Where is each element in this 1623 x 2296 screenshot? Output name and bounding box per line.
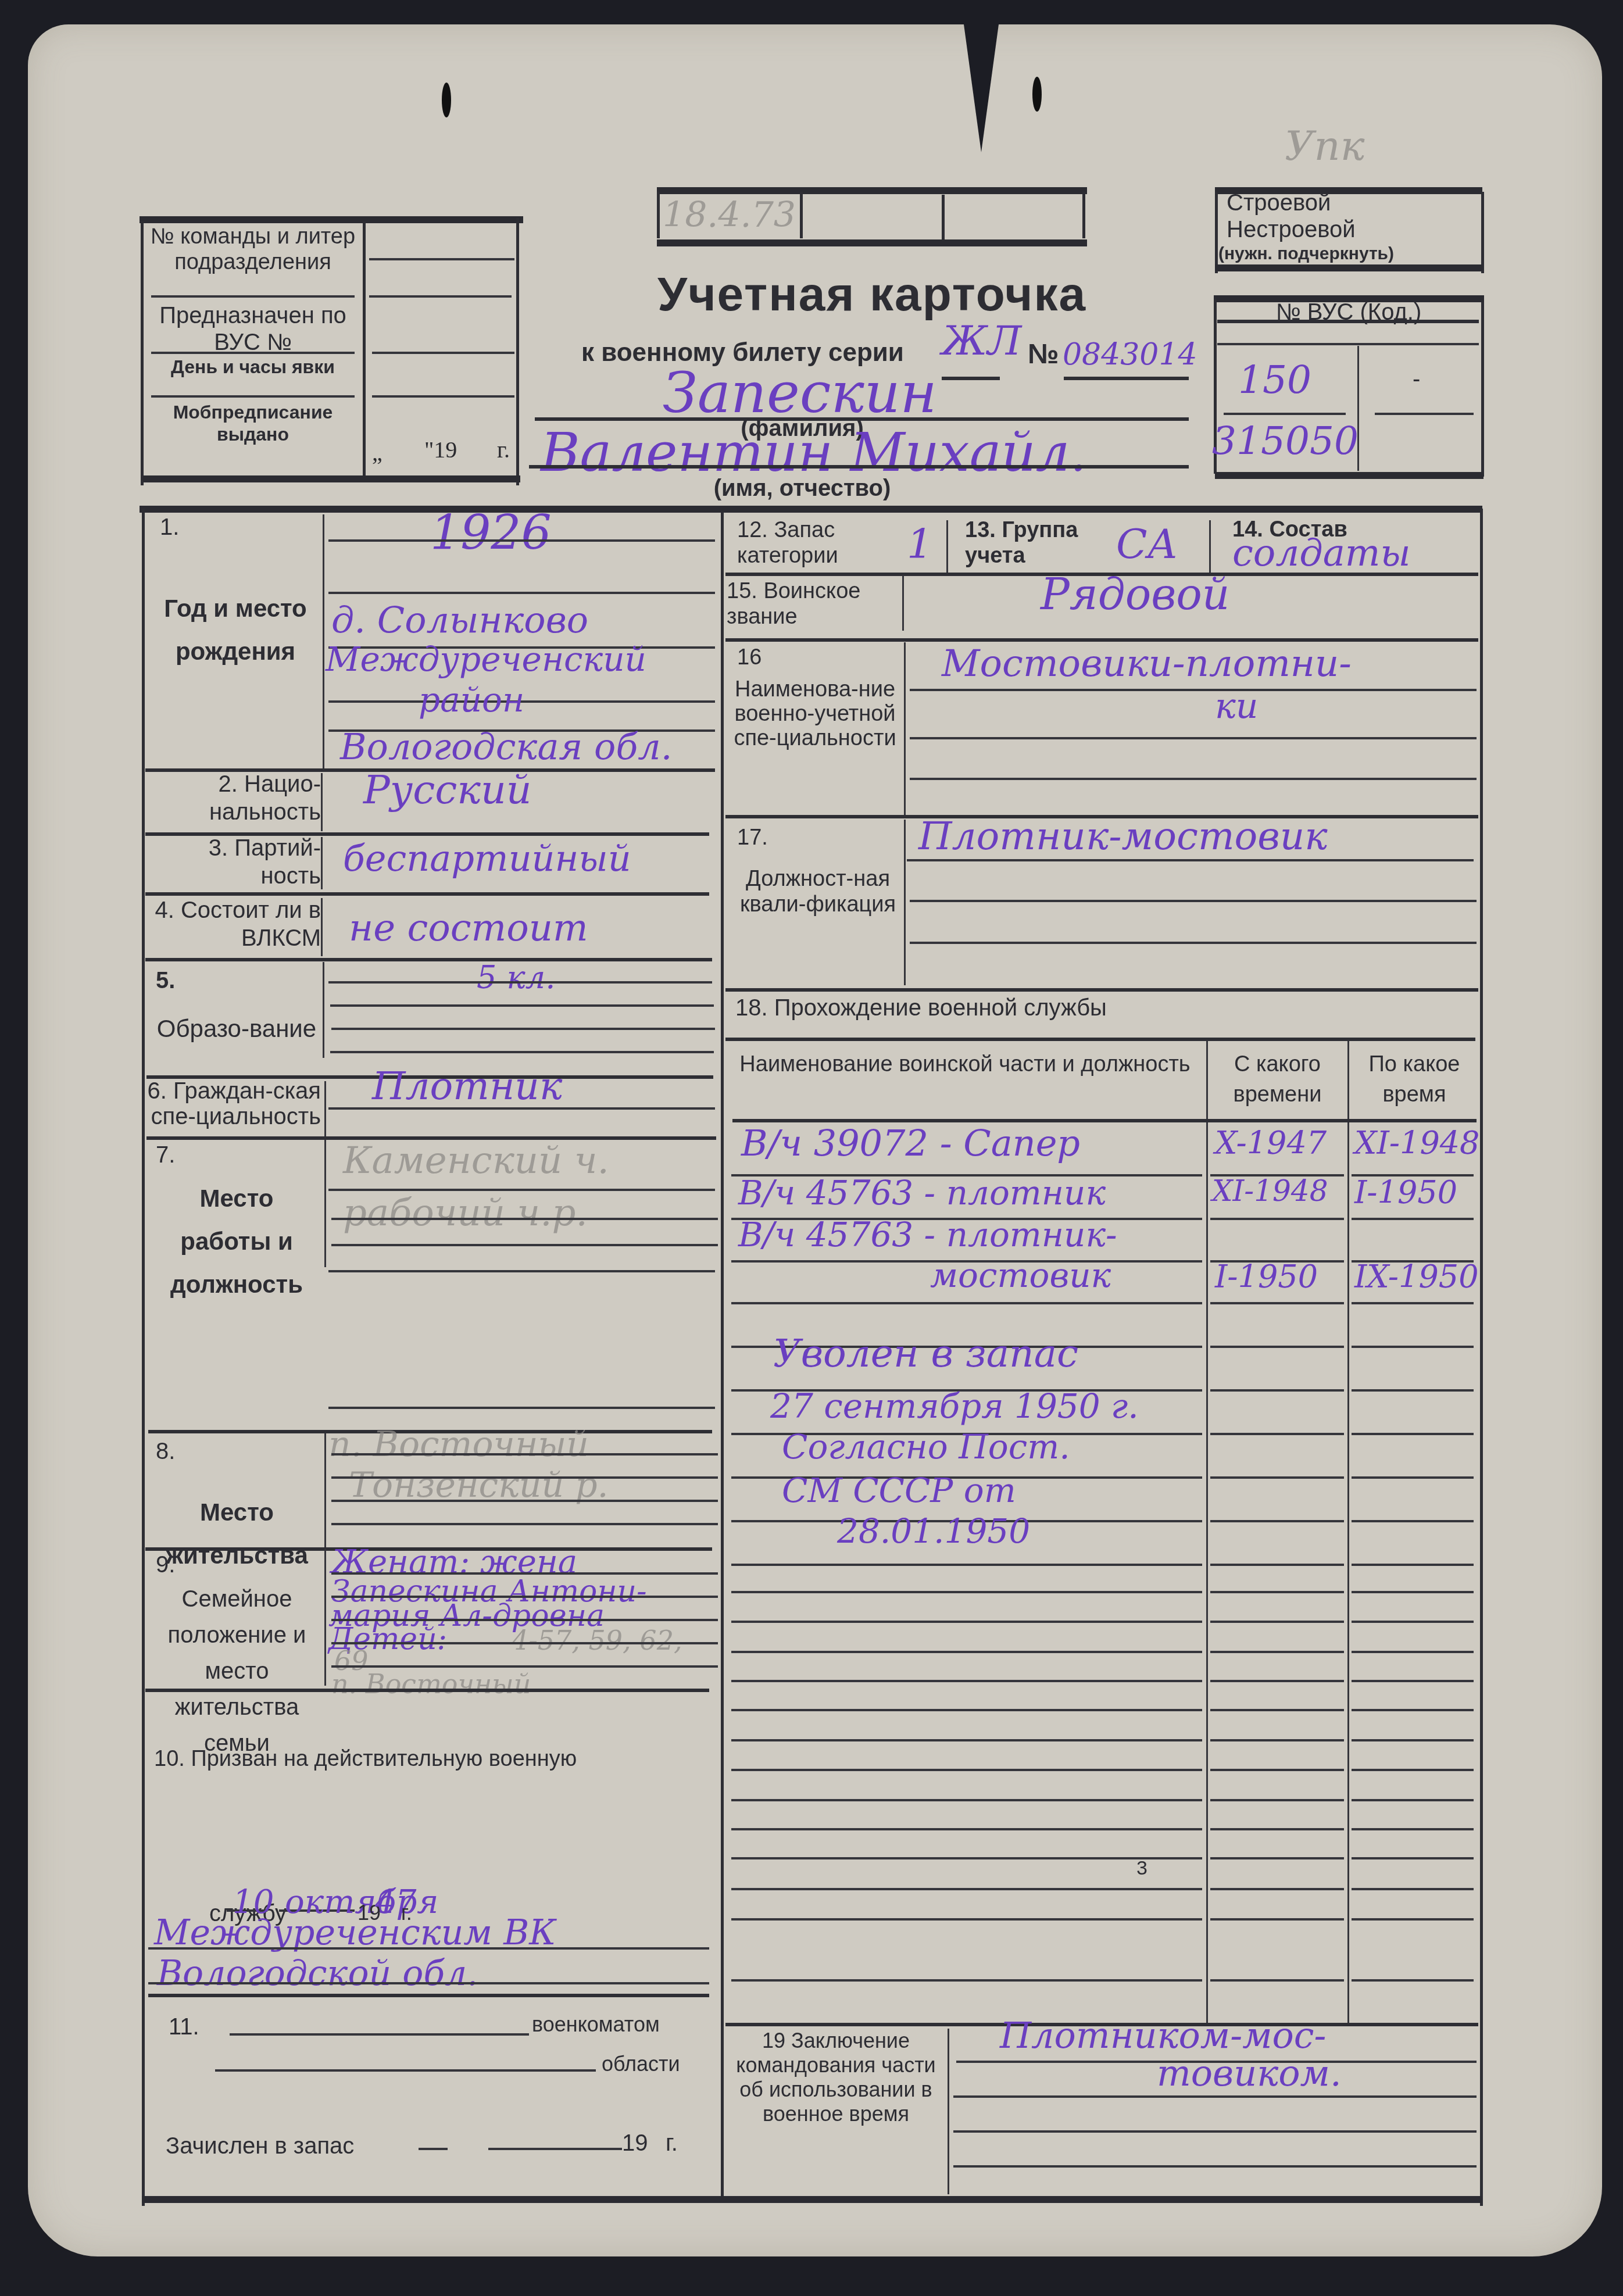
f1-num: 1. [160, 514, 179, 541]
party-membership: беспартийный [343, 837, 631, 879]
label-mob-order: Мобпредписание выдано [145, 401, 360, 445]
civil-specialty: Плотник [372, 1064, 562, 1108]
f7-num: 7. [156, 1142, 175, 1168]
f2-label: 2. Нацио-нальность [152, 770, 321, 826]
service-noncombat: Нестроевой [1227, 216, 1356, 243]
service-row-1-unit: В/ч 39072 - Сапер [741, 1122, 1080, 1164]
paper-notch [964, 24, 999, 152]
service-combat: Строевой [1227, 189, 1331, 216]
service-row-4-unit: мостовик [930, 1256, 1111, 1295]
f13-label: 13. Группа учета [965, 517, 1087, 568]
f1-label: Год и место рождения [151, 587, 320, 673]
voenkomat-label: военкоматом [532, 2012, 660, 2037]
f17-label: Должност-ная квали-фикация [734, 866, 902, 917]
children-years: 4-57, 59, 62, [512, 1625, 682, 1656]
service-row-1-from: X-1947 [1215, 1125, 1327, 1161]
corner-note: Упк [1285, 122, 1364, 170]
service-hint: (нужн. подчеркнуть) [1218, 244, 1394, 264]
registration-group: СА [1116, 520, 1178, 568]
vus-code: 150 [1238, 357, 1311, 402]
conscription-office-line-2: Вологодской обл. [157, 1953, 478, 1994]
mob-date-suffix: г. [497, 436, 510, 463]
service-row-4-from: I-1950 [1215, 1258, 1318, 1295]
birth-place-line-2: Междуреченский [326, 639, 646, 679]
mob-date-year: "19 [424, 436, 457, 463]
command-conclusion-line-1: Плотником-мос- [1000, 2014, 1327, 2057]
birth-place-line-1: д. Солынково [331, 599, 588, 641]
col-from-header: С какого времени [1209, 1049, 1346, 1110]
f7-label: Место работы и должность [152, 1177, 321, 1306]
education: 5 кл. [477, 959, 555, 996]
service-row-2-unit: В/ч 45763 - плотник [738, 1173, 1106, 1213]
name-patronymic: Валентин Михайл. [541, 421, 1087, 484]
qualification: Плотник-мостовик [918, 814, 1328, 859]
ticket-series: ЖЛ [942, 317, 1021, 364]
workplace-line-1: Каменский ч. [343, 1139, 609, 1182]
composition: солдаты [1232, 532, 1411, 575]
stray-mark: 3 [1136, 1857, 1147, 1880]
f5-label: Образо-вание [152, 1008, 321, 1049]
birth-place-line-4: Вологодская обл. [340, 725, 672, 768]
reserve-suffix: г. [666, 2130, 678, 2156]
f5-num: 5. [156, 968, 175, 994]
command-conclusion-line-2: товиком. [1157, 2052, 1342, 2094]
discharge-note-line-2: 27 сентября 1950 г. [770, 1386, 1139, 1426]
reserve-year: 19 [622, 2130, 648, 2156]
service-row-1-to: XI-1948 [1354, 1125, 1479, 1161]
f6-label: 6. Граждан-ская спе-циальность [146, 1078, 321, 1129]
service-row-2-from: XI-1948 [1212, 1174, 1328, 1208]
vus-header: № ВУС (Код.) [1221, 299, 1477, 326]
f19-label: 19 Заключение командования части об испо… [725, 2029, 946, 2126]
f3-label: 3. Партий-ность [152, 834, 321, 890]
residence-line-1: п. Восточный [328, 1424, 589, 1465]
vus-code-2: 315050 [1212, 419, 1359, 463]
f12-label: 12. Запас категории [737, 517, 853, 568]
reserve-category: 1 [907, 520, 933, 568]
page-title: Учетная карточка [628, 267, 1116, 322]
f18-label: 18. Прохождение военной службы [735, 995, 1107, 1021]
f11-num: 11. [169, 2014, 199, 2040]
f9-label: Семейное положение и место жительства се… [151, 1581, 323, 1761]
col-to-header: По какое время [1350, 1049, 1479, 1110]
f16-label: Наименова-ние военно-учетной спе-циально… [728, 677, 902, 750]
f4-label: 4. Состоит ли в ВЛКСМ [144, 896, 321, 952]
birth-place-line-3: район [419, 680, 524, 720]
name-caption: (имя, отчество) [639, 475, 965, 502]
service-row-2-to: I-1950 [1354, 1174, 1457, 1211]
service-row-3-unit: В/ч 45763 - плотник- [738, 1215, 1117, 1254]
f15-label: 15. Воинское звание [727, 578, 901, 630]
komsomol-membership: не состоит [349, 907, 588, 950]
discharge-note-line-5: 28.01.1950 [837, 1511, 1030, 1551]
discharge-note-line-3: Согласно Пост. [782, 1427, 1070, 1467]
label-command: № команды и литер подразделения [148, 224, 358, 275]
label-day-hours: День и часы явки [148, 356, 358, 378]
card-number: 18.4.73 [663, 195, 796, 235]
mil-specialty-line-1: Мостовики-плотни- [942, 642, 1352, 685]
f10-label: 10. Призван на действительную военную [154, 1747, 577, 1772]
family-residence: п. Восточный [331, 1668, 531, 1700]
service-row-4-to: IX-1950 [1354, 1258, 1479, 1295]
number-sign: № [1028, 338, 1059, 370]
nationality: Русский [363, 767, 532, 813]
mob-date-quote: „ [372, 439, 382, 466]
f9-num: 9. [156, 1552, 175, 1578]
mil-specialty-line-2: ки [1215, 686, 1258, 727]
f16-num: 16 [737, 645, 762, 670]
oblast-label: области [602, 2052, 680, 2076]
discharge-note-line-1: Уволен в запас [773, 1331, 1078, 1376]
ticket-number: 0843014 [1063, 337, 1197, 372]
punch-hole [442, 83, 451, 117]
label-vus-assigned: Предназначен по ВУС № [148, 302, 358, 356]
reserve-label: Зачислен в запас [166, 2133, 354, 2159]
f17-num: 17. [737, 825, 768, 850]
birth-year: 1926 [430, 506, 552, 561]
punch-hole [1032, 77, 1042, 112]
col-unit-header: Наименование воинской части и должность [727, 1049, 1203, 1079]
workplace-line-2: рабочий ч.р. [343, 1192, 588, 1235]
f8-label: Место жительства [151, 1491, 323, 1577]
f8-num: 8. [156, 1439, 175, 1465]
vus-dash: - [1413, 366, 1420, 392]
military-rank: Рядовой [1041, 570, 1230, 620]
discharge-note-line-4: СМ СССР от [782, 1471, 1016, 1510]
